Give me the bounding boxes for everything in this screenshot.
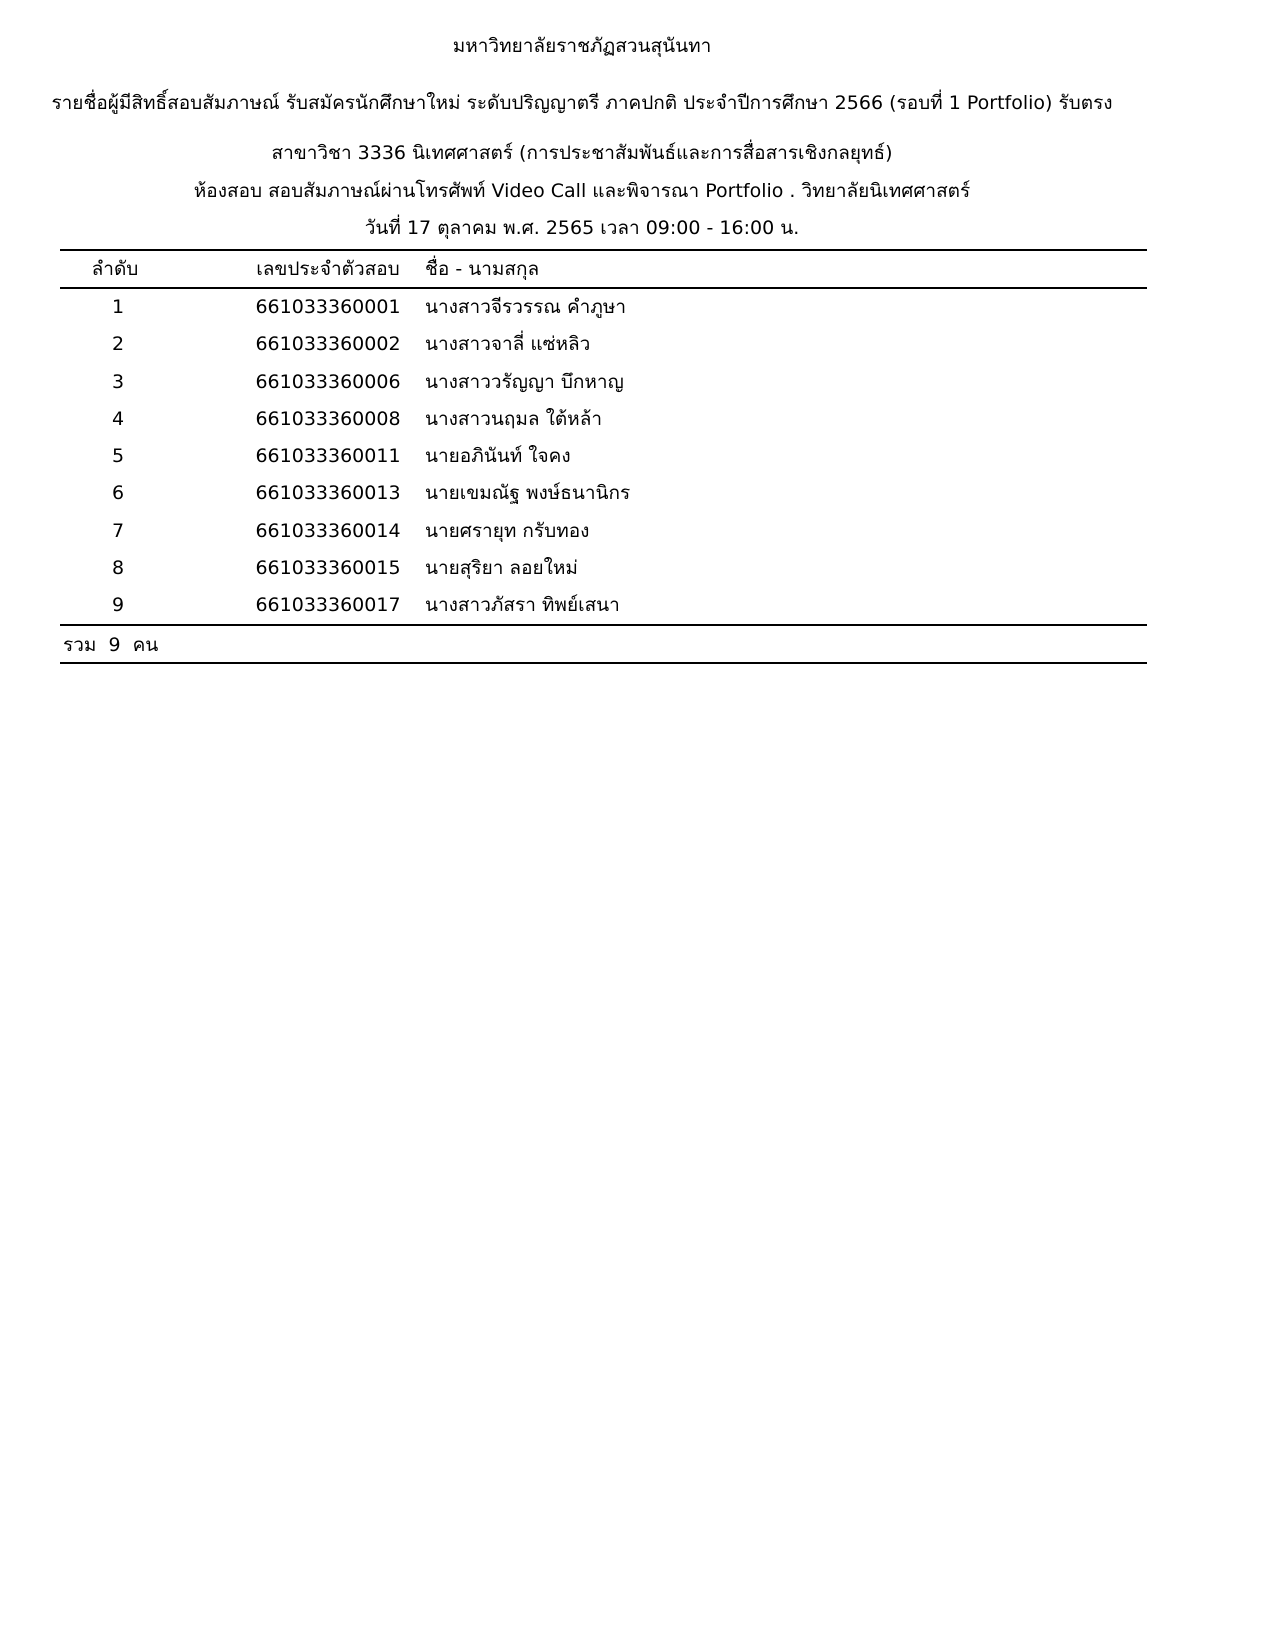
row-exam-id: 661033360011 xyxy=(210,438,446,475)
row-full-name: นางสาวจาลี่ แซ่หลิว xyxy=(425,326,590,363)
table-header-row: ลำดับ เลขประจำตัวสอบ ชื่อ - นามสกุล xyxy=(60,251,1147,288)
row-exam-id: 661033360008 xyxy=(210,401,446,438)
total-count: 9 xyxy=(108,634,120,656)
row-full-name: นายศรายุท กรับทอง xyxy=(425,513,589,550)
column-header-full-name: ชื่อ - นามสกุล xyxy=(425,251,539,288)
table-row: 8661033360015นายสุริยา ลอยใหม่ xyxy=(60,550,1147,587)
table-row: 5661033360011นายอภินันท์ ใจคง xyxy=(60,438,1147,475)
exam-room: ห้องสอบ สอบสัมภาษณ์ผ่านโทรศัพท์ Video Ca… xyxy=(0,178,1164,204)
table-row: 9661033360017นางสาวภัสรา ทิพย์เสนา xyxy=(60,587,1147,624)
row-order: 3 xyxy=(60,364,176,401)
row-exam-id: 661033360014 xyxy=(210,513,446,550)
row-full-name: นายอภินันท์ ใจคง xyxy=(425,438,571,475)
candidate-table: ลำดับ เลขประจำตัวสอบ ชื่อ - นามสกุล 1661… xyxy=(60,251,1147,288)
row-order: 9 xyxy=(60,587,176,624)
row-order: 6 xyxy=(60,475,176,512)
column-header-order: ลำดับ xyxy=(60,251,170,288)
table-row: 7661033360014นายศรายุท กรับทอง xyxy=(60,513,1147,550)
table-row: 2661033360002นางสาวจาลี่ แซ่หลิว xyxy=(60,326,1147,363)
total-label: รวม xyxy=(63,634,96,656)
row-full-name: นายเขมณัฐ พงษ์ธนานิกร xyxy=(425,475,630,512)
row-full-name: นางสาวนฤมล ใต้หล้า xyxy=(425,401,602,438)
program-name: สาขาวิชา 3336 นิเทศศาสตร์ (การประชาสัมพั… xyxy=(0,140,1164,166)
table-body: 1661033360001นางสาวจีรวรรณ คำภูษา2661033… xyxy=(60,289,1147,625)
table-row: 4661033360008นางสาวนฤมล ใต้หล้า xyxy=(60,401,1147,438)
row-full-name: นางสาวจีรวรรณ คำภูษา xyxy=(425,289,626,326)
row-exam-id: 661033360017 xyxy=(210,587,446,624)
row-full-name: นางสาวภัสรา ทิพย์เสนา xyxy=(425,587,620,624)
row-exam-id: 661033360013 xyxy=(210,475,446,512)
table-row: 6661033360013นายเขมณัฐ พงษ์ธนานิกร xyxy=(60,475,1147,512)
row-order: 2 xyxy=(60,326,176,363)
document-subtitle: รายชื่อผู้มีสิทธิ์สอบสัมภาษณ์ รับสมัครนั… xyxy=(0,90,1164,116)
row-exam-id: 661033360015 xyxy=(210,550,446,587)
row-full-name: นางสาววรัญญา บึกหาญ xyxy=(425,364,624,401)
total-summary: รวม 9 คน xyxy=(63,627,158,663)
row-order: 8 xyxy=(60,550,176,587)
exam-date-time: วันที่ 17 ตุลาคม พ.ศ. 2565 เวลา 09:00 - … xyxy=(0,215,1164,241)
row-order: 1 xyxy=(60,289,176,326)
column-header-exam-id: เลขประจำตัวสอบ xyxy=(210,251,446,288)
row-order: 5 xyxy=(60,438,176,475)
row-full-name: นายสุริยา ลอยใหม่ xyxy=(425,550,578,587)
table-row: 1661033360001นางสาวจีรวรรณ คำภูษา xyxy=(60,289,1147,326)
total-bottom-rule xyxy=(60,662,1147,664)
table-row: 3661033360006นางสาววรัญญา บึกหาญ xyxy=(60,364,1147,401)
total-unit: คน xyxy=(133,634,159,656)
row-exam-id: 661033360006 xyxy=(210,364,446,401)
row-order: 7 xyxy=(60,513,176,550)
row-exam-id: 661033360002 xyxy=(210,326,446,363)
row-exam-id: 661033360001 xyxy=(210,289,446,326)
row-order: 4 xyxy=(60,401,176,438)
university-title: มหาวิทยาลัยราชภัฏสวนสุนันทา xyxy=(0,33,1164,59)
